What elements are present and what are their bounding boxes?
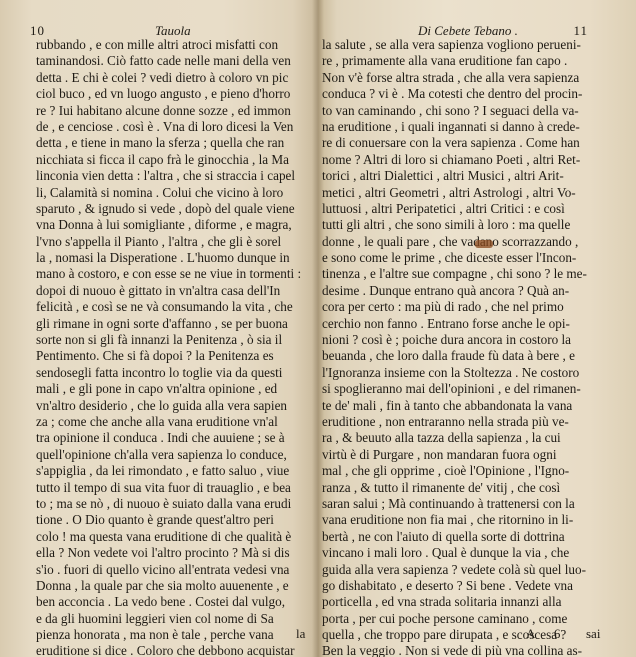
text-line: detta , e tiene in mano la sferza ; quel… — [36, 135, 318, 151]
text-line: tinenza , e l'altre sue compagne , chi s… — [322, 266, 622, 282]
text-line: luttuosi , altri Peripatetici , altri Cr… — [322, 201, 622, 217]
text-line: sendosegli fatta incontro lo toglie via … — [36, 365, 318, 381]
signature-mark: A 6 — [526, 626, 568, 642]
text-line: mal , che gli opprime , cioè l'Opinione … — [322, 463, 622, 479]
text-line: tione . O Dio quanto è grande quest'altr… — [36, 512, 318, 528]
text-line: ciol buco , ed vn luogo angusto , e pien… — [36, 86, 318, 102]
text-line: donne , le quali pare , che vadano scorr… — [322, 234, 622, 250]
text-line: virtù è di Purgare , non mandaran fuora … — [322, 447, 622, 463]
text-line: dopoi di nuouo è gittato in vn'altra cas… — [36, 283, 318, 299]
text-line: guida alla vera sapienza ? vedete colà s… — [322, 562, 622, 578]
text-line: e da gli huomini leggieri vien col nome … — [36, 611, 318, 627]
text-line: Pentimento. Che si fà dopoi ? la Peniten… — [36, 348, 318, 364]
text-line: la salute , se alla vera sapienza voglio… — [322, 37, 622, 53]
text-line: Non v'è forse altra strada , che alla ve… — [322, 70, 622, 86]
text-line: Donna , la quale par che sia molto auuen… — [36, 578, 318, 594]
text-line: za ; come che anche alla vana eruditione… — [36, 414, 318, 430]
text-line: e sono come le prime , che diceste esser… — [322, 250, 622, 266]
text-line: nome ? Altri di loro si chiamano Poeti ,… — [322, 152, 622, 168]
text-line: re , primamente alla vana eruditione fan… — [322, 53, 622, 69]
text-line: porta , per cui poche persone caminano ,… — [322, 611, 622, 627]
text-line: beuanda , che loro dalla fraude fù data … — [322, 348, 622, 364]
text-line: si spoglieranno mai dell'opinioni , e de… — [322, 381, 622, 397]
text-line: vincano i mali loro . Qual è dunque la v… — [322, 545, 622, 561]
text-line: na eruditione , i quali ingannati si dan… — [322, 119, 622, 135]
text-line: saran salui ; Mà continuando à trattener… — [322, 496, 622, 512]
text-line: la , nomasi la Disperatione . L'huomo du… — [36, 250, 318, 266]
text-line: mano à costoro, e con esse se ne viue in… — [36, 266, 318, 282]
text-line: mali , e gli pone in capo vn'altra opini… — [36, 381, 318, 397]
text-line: desime . Dunque entrano quà ancora ? Quà… — [322, 283, 622, 299]
left-page-text: rubbando , e con mille altri atroci misf… — [36, 37, 318, 657]
text-line: eruditione , non entraranno nella strada… — [322, 414, 622, 430]
text-line: Ben la veggio . Non si vede di più vna c… — [322, 643, 622, 657]
text-line: rubbando , e con mille altri atroci misf… — [36, 37, 318, 53]
text-line: metici , altri Geometri , altri Astrolog… — [322, 185, 622, 201]
text-line: ranza , & tutto il rimanente de' vitij ,… — [322, 480, 622, 496]
text-line: ella ? Non vedete voi l'altro procinto ?… — [36, 545, 318, 561]
text-line: cerchio non fanno . Entrano forse anche … — [322, 316, 622, 332]
text-line: tra opinione il conduca . Indi che auuie… — [36, 430, 318, 446]
left-catchword: la — [296, 626, 305, 642]
right-page-text: la salute , se alla vera sapienza voglio… — [322, 37, 622, 657]
text-line: s'io . fuori di quello vicino all'entrat… — [36, 562, 318, 578]
text-line: re ? Iui habitano alcune donne sozze , e… — [36, 103, 318, 119]
book-gutter — [312, 0, 324, 657]
text-line: quella , che troppo pare dirupata , e sc… — [322, 627, 622, 643]
text-line: tutti gli altri , che sono simili à loro… — [322, 217, 622, 233]
text-line: eruditione si dice . Coloro che debbono … — [36, 643, 318, 657]
text-line: te de' mali , fin à tanto che abbandonat… — [322, 398, 622, 414]
text-line: s'appiglia , da lei rimondato , e fatto … — [36, 463, 318, 479]
left-page: 10 Tauola rubbando , e con mille altri a… — [0, 0, 318, 657]
text-line: l'vno s'appella il Pianto , l'altra , ch… — [36, 234, 318, 250]
text-line: linconia vien detta : l'altra , che si s… — [36, 168, 318, 184]
text-line: ra , & beuuto alla tazza della sapienza … — [322, 430, 622, 446]
text-line: li, Calamità si nomina . Colui che vicin… — [36, 185, 318, 201]
text-line: tutto il tempo di sua vita fuor di traua… — [36, 480, 318, 496]
text-line: nicchiata si ficca il capo frà le ginocc… — [36, 152, 318, 168]
text-line: detta . E chi è colei ? vedi dietro à co… — [36, 70, 318, 86]
text-line: sparuto , & ignudo si vede , dopò del qu… — [36, 201, 318, 217]
right-page: Di Cebete Tebano . 11 la salute , se all… — [318, 0, 636, 657]
text-line: taminandosi. Ciò fatto cade nelle mani d… — [36, 53, 318, 69]
text-line: cora per certo : ma più di rado , che ne… — [322, 299, 622, 315]
text-line: sorte non si gli fà innanzi la Penitenza… — [36, 332, 318, 348]
text-line: conduca ? vi è . Ma cotesti che dentro d… — [322, 86, 622, 102]
text-line: torici , altri Dialettici , altri Musici… — [322, 168, 622, 184]
text-line: quell'opinione ch'alla vera sapienza lo … — [36, 447, 318, 463]
text-line: de , e cenciose . così è . Vna di loro d… — [36, 119, 318, 135]
text-line: vana eruditione non fia mai , che ritorn… — [322, 512, 622, 528]
text-line: gli rimane in ogni sorte d'affanno , se … — [36, 316, 318, 332]
text-line: l'Ignoranza insieme con la Stoltezza . N… — [322, 365, 622, 381]
ink-stain — [475, 240, 493, 248]
text-line: colo ! ma questa vana eruditione di che … — [36, 529, 318, 545]
text-line: vn'altro desiderio , che lo guida alla v… — [36, 398, 318, 414]
text-line: felicità , e così se ne và consumando la… — [36, 299, 318, 315]
text-line: pienza honorata , ma non è tale , perche… — [36, 627, 318, 643]
text-line: ben acconcia . La vedo bene . Costei dal… — [36, 594, 318, 610]
text-line: go dishabitato , e deserto ? Si bene . V… — [322, 578, 622, 594]
text-line: vna Donna à lui somigliante , diforme , … — [36, 217, 318, 233]
text-line: re di conuersare con la vera sapienza . … — [322, 135, 622, 151]
text-line: to van caminando , chi sono ? I seguaci … — [322, 103, 622, 119]
text-line: to ; ma se nò , di nuouo è suiato dalla … — [36, 496, 318, 512]
text-line: nioni ? così è ; poiche dura ancora in c… — [322, 332, 622, 348]
text-line: porticella , ed vna strada solitaria inn… — [322, 594, 622, 610]
text-line: bertà , ne con l'aiuto di quella sorte d… — [322, 529, 622, 545]
right-catchword: sai — [586, 626, 600, 642]
